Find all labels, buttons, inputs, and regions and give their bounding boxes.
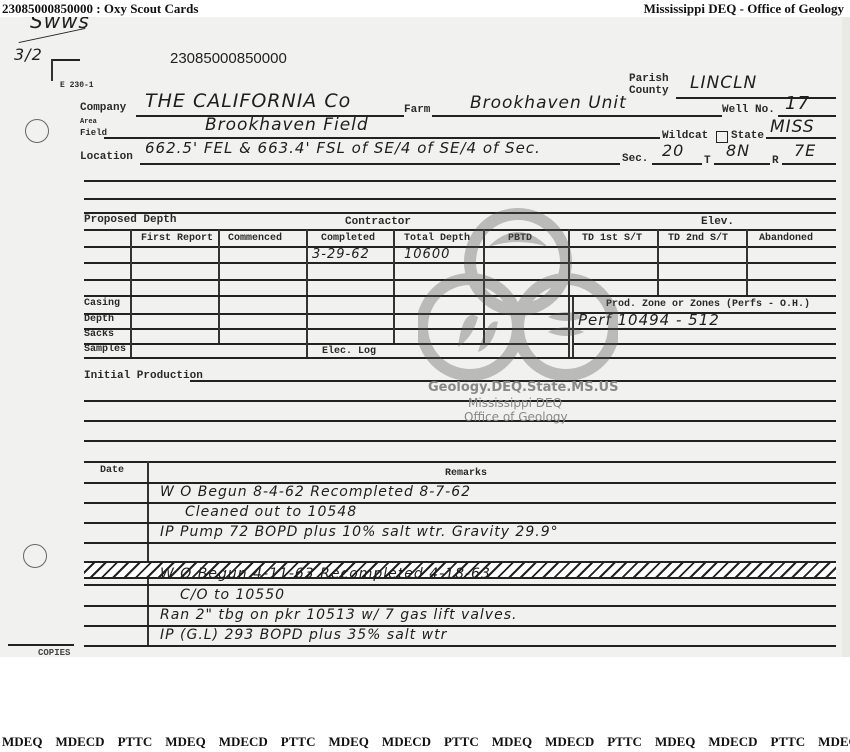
sec-value: 20 [662,141,684,160]
rule [84,212,836,214]
county-value: LINCLN [690,73,757,93]
form-number: E 230-1 [60,81,94,90]
sacks-label: Sacks [84,329,114,340]
col-rule [483,297,485,343]
parish-label: Parish [629,73,669,85]
samples-label: Samples [84,344,126,355]
col-header: Completed [321,233,375,244]
col-rule [218,229,220,295]
rule [84,357,836,359]
elev-label: Elev. [701,216,734,228]
footer-item: MDEQ [2,734,42,750]
footer-item: MDECD [55,734,104,750]
col-header: First Report [141,233,213,244]
binding-hole [25,119,49,143]
corner-note: 3/2 [14,45,43,64]
footer-item: MDEQ [165,734,205,750]
footer-item: MDECD [382,734,431,750]
rule [8,644,74,646]
rule [84,313,568,315]
col-rule [130,229,132,295]
well-no-label: Well No. [722,104,775,116]
rule [782,163,836,165]
company-label: Company [80,102,126,114]
col-rule [572,297,574,357]
township-value: 8N [726,141,750,160]
corner-mark [52,59,80,61]
company-value: THE CALIFORNIA Co [145,90,351,112]
footer-banner: MDEQMDECDPTTCMDEQMDECDPTTCMDEQMDECDPTTCM… [0,734,850,752]
watermark-agency: Mississippi DEQ [468,396,562,410]
rule [432,115,722,117]
col-rule [483,229,485,295]
col-header: TD 1st S/T [582,233,642,244]
footer-item: MDEQ [328,734,368,750]
col-header: TD 2nd S/T [668,233,728,244]
footer-item: PTTC [771,734,806,750]
rule [572,343,836,345]
col-rule [657,229,659,295]
rule [84,343,568,345]
binding-hole [23,544,47,568]
prod-zone-value: Perf 10494 - 512 [578,311,720,329]
farm-label: Farm [404,104,430,116]
remarks-header: Remarks [445,468,487,479]
farm-value: Brookhaven Unit [470,93,627,113]
col-rule [568,229,570,295]
rule [84,328,836,330]
rule [84,246,836,248]
rule [766,137,836,139]
well-no-value: 17 [785,93,810,114]
corner-mark [51,59,53,81]
col-rule [306,229,308,295]
county-label: County [629,85,669,97]
footer-item: PTTC [444,734,479,750]
rule [84,229,836,231]
footer-item: PTTC [281,734,316,750]
rule [84,295,836,297]
col-rule [218,297,220,343]
remark-line: W O Begun 8-4-62 Recompleted 8-7-62 [160,484,471,500]
depth-label: Depth [84,314,114,325]
field-value: Brookhaven Field [205,115,369,135]
col-header: Commenced [228,233,282,244]
township-label: T [704,155,711,167]
casing-label: Casing [84,298,120,309]
rule [84,198,836,200]
header-bar: 23085000850000 : Oxy Scout Cards Mississ… [0,0,850,17]
contractor-label: Contractor [345,216,411,228]
location-value: 662.5' FEL & 663.4' FSL of SE/4 of SE/4 … [145,139,541,157]
sec-label: Sec. [622,153,648,165]
rule [84,400,836,402]
initial-production-label: Initial Production [84,370,203,382]
rule [652,163,702,165]
range-label: R [772,155,779,167]
date-header: Date [100,465,124,476]
remark-line: IP Pump 72 BOPD plus 10% salt wtr. Gravi… [160,524,559,540]
col-rule [130,297,132,357]
scout-card-image: Swws 3/2 23085000850000 E 230-1 Parish C… [0,17,850,657]
col-header: Abandoned [759,233,813,244]
rule [140,163,620,165]
col-rule [393,297,395,343]
corner-note: Swws [30,17,90,33]
col-header: PBTD [508,233,532,244]
remark-line: Cleaned out to 10548 [185,504,357,520]
footer-item: MDECD [219,734,268,750]
range-value: 7E [794,141,816,160]
rule [84,440,836,442]
card-title: 23085000850000 : Oxy Scout Cards [2,1,198,17]
completed-date: 3-29-62 [312,247,370,262]
col-rule [746,229,748,295]
footer-item: PTTC [118,734,153,750]
footer-item: PTTC [607,734,642,750]
col-rule [393,229,395,295]
watermark-url: Geology.DEQ.State.MS.US [428,380,618,395]
col-rule [306,297,308,357]
prod-zone-label: Prod. Zone or Zones (Perfs - O.H.) [606,299,810,310]
col-rule [147,461,149,645]
state-value: MISS [770,117,815,137]
rule [84,584,836,586]
api-number: 23085000850000 [170,50,287,67]
proposed-depth-label: Proposed Depth [84,214,176,226]
remark-line: Ran 2" tbg on pkr 10513 w/ 7 gas lift va… [160,607,517,623]
footer-item: MDEQ [655,734,695,750]
copies-label: COPIES [38,648,70,657]
rule [84,262,836,264]
rule [84,645,836,647]
rule [714,163,770,165]
footer-item: MDEQ [492,734,532,750]
rule [84,180,836,182]
rule [84,542,836,544]
remark-line: IP (G.L) 293 BOPD plus 35% salt wtr [160,627,447,643]
watermark-office: Office of Geology [464,410,568,424]
remark-line: W O Begun 4-11-63 Recompleted 4-18-63 [160,566,491,582]
total-depth-value: 10600 [404,247,450,262]
elec-log-label: Elec. Log [322,346,376,357]
rule [84,420,836,422]
remark-line: C/O to 10550 [180,587,285,603]
footer-item: MDECD [708,734,757,750]
col-header: Total Depth [404,233,470,244]
col-rule [568,297,570,357]
rule [676,97,836,99]
area-label: Area [80,118,97,126]
agency-title: Mississippi DEQ - Office of Geology [644,1,844,17]
footer-item: MDECD [545,734,594,750]
footer-item: MDEQ [818,734,850,750]
rule [84,461,836,463]
location-label: Location [80,151,133,163]
rule [84,279,836,281]
field-label: Field [80,128,107,138]
